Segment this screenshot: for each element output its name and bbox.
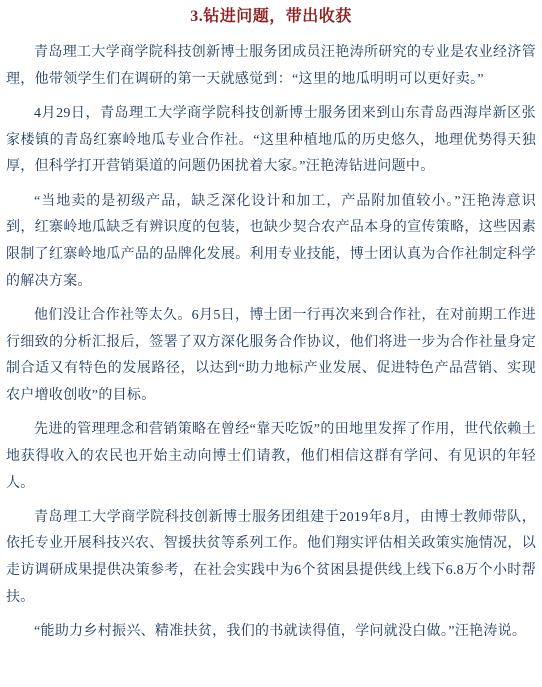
- paragraph: “当地卖的是初级产品，缺乏深化设计和加工，产品附加值较小。”汪艳涛意识到，红寨岭…: [6, 189, 536, 296]
- document-page: 3.钻进问题，带出收获 青岛理工大学商学院科技创新博士服务团成员汪艳涛所研究的专…: [0, 0, 542, 687]
- document-title: 3.钻进问题，带出收获: [6, 3, 536, 30]
- paragraph: 青岛理工大学商学院科技创新博士服务团成员汪艳涛所研究的专业是农业经济管理，他带领…: [6, 40, 536, 93]
- paragraph: 先进的管理理念和营销策略在曾经“靠天吃饭”的田地里发挥了作用，世代依赖土地获得收…: [6, 417, 536, 497]
- paragraph: 青岛理工大学商学院科技创新博士服务团组建于2019年8月，由博士教师带队，依托专…: [6, 505, 536, 612]
- paragraph: 他们没让合作社等太久。6月5日，博士团一行再次来到合作社，在对前期工作进行细致的…: [6, 303, 536, 410]
- paragraph: “能助力乡村振兴、精准扶贫，我们的书就读得值，学问就没白做。”汪艳涛说。: [6, 619, 536, 646]
- paragraph: 4月29日，青岛理工大学商学院科技创新博士服务团来到山东青岛西海岸新区张家楼镇的…: [6, 101, 536, 181]
